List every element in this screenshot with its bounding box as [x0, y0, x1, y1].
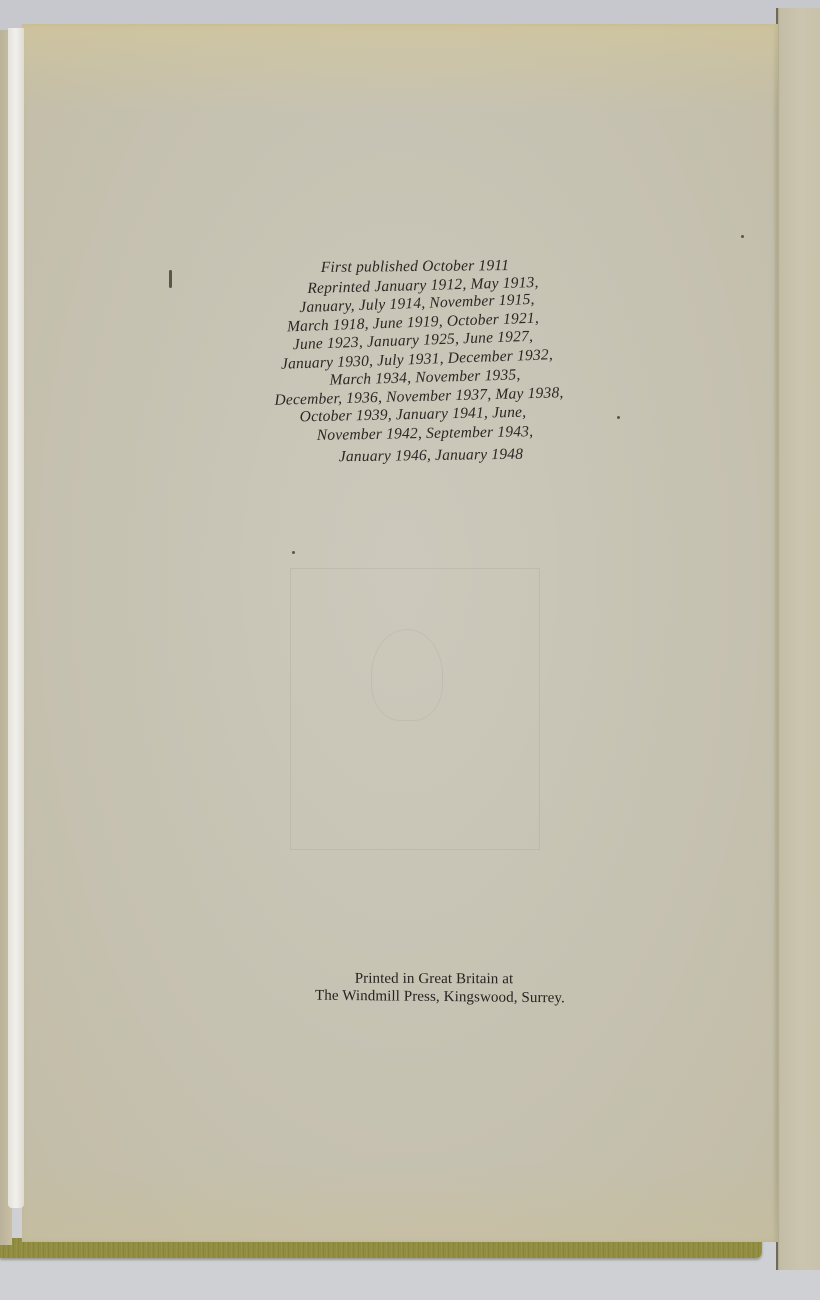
page-speck-dot — [741, 235, 744, 238]
publication-history: First published October 1911 Reprinted J… — [232, 258, 602, 466]
printer-credit: Printed in Great Britain at The Windmill… — [270, 970, 610, 1006]
book-photo-scene: First published October 1911 Reprinted J… — [0, 0, 820, 1300]
page-bottom-discoloration — [22, 1162, 778, 1242]
imprint-page — [22, 24, 778, 1242]
page-speck-mark — [169, 270, 172, 288]
page-speck-dot — [617, 416, 620, 419]
left-white-strip — [8, 28, 24, 1208]
reprint-line: January 1946, January 1948 — [246, 444, 616, 468]
printer-line-2: The Windmill Press, Kingswood, Surrey. — [270, 986, 610, 1008]
right-page-stack — [776, 8, 820, 1270]
illustration-show-through — [290, 568, 540, 850]
page-top-discoloration — [22, 24, 778, 114]
page-speck-dot — [292, 551, 295, 554]
